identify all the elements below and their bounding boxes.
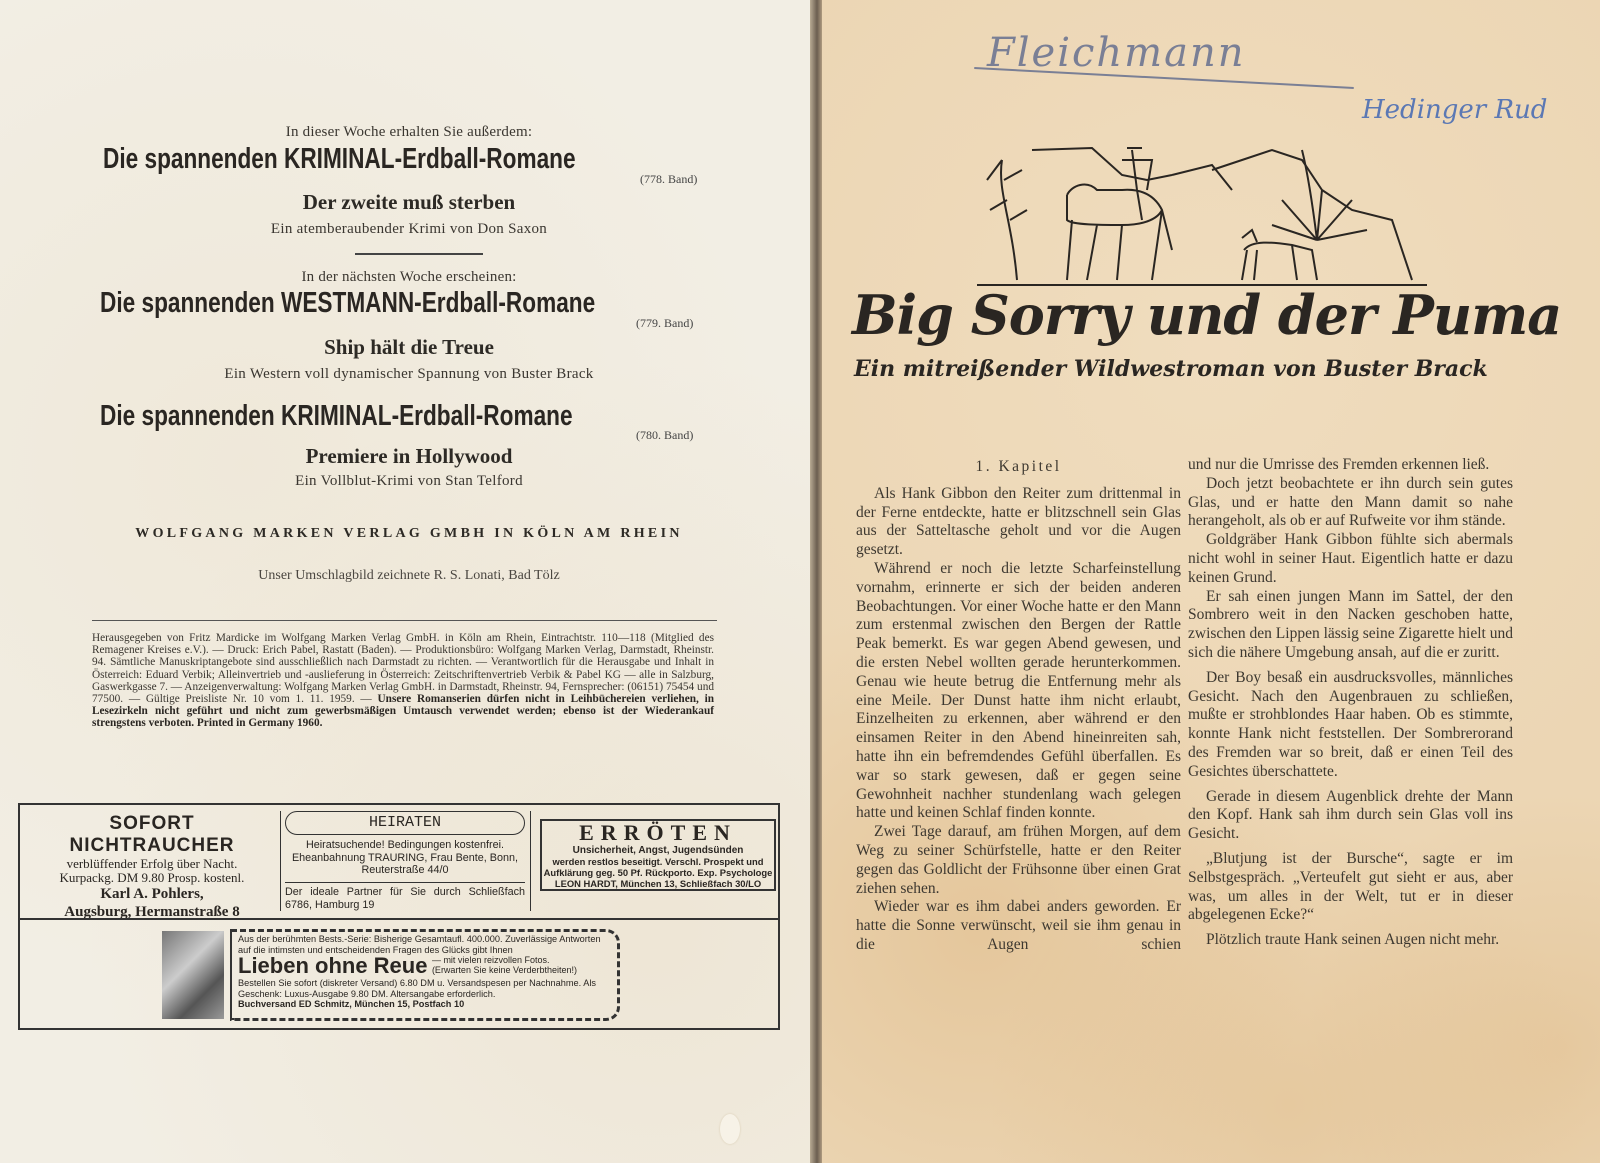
ad-nichtraucher-name: Karl A. Pohlers, [28,885,276,903]
ad-erroeten-line2: werden restlos beseitigt. Verschl. Prosp… [542,856,774,889]
ad-heiraten: HEIRATEN Heiratsuchende! Bedingungen kos… [285,811,525,911]
block3-title: Premiere in Hollywood [0,444,818,469]
ad-nichtraucher: SOFORT NICHTRAUCHER verblüffender Erfolg… [28,813,276,921]
story-subtitle: Ein mitreißender Wildwestroman von Buste… [854,356,1488,382]
ad-heiraten-headline: HEIRATEN [285,811,525,835]
paragraph: Der Boy besaß ein ausdrucksvolles, männl… [1188,669,1513,782]
block1-title: Der zweite muß sterben [0,190,818,215]
block2-subtitle: Ein Western voll dynamischer Spannung vo… [0,366,818,383]
ad-lieben-side: — mit vielen reizvollen Fotos. (Erwarten… [432,955,582,975]
ad-erroeten: ERRÖTEN Unsicherheit, Angst, Jugendsünde… [540,819,776,891]
ad-lieben-order: Bestellen Sie sofort (diskreter Versand)… [238,978,611,999]
right-page: Fleichmann Hedinger Rud Big Sorry und de… [822,0,1600,1163]
ad-erroeten-headline: ERRÖTEN [542,821,774,845]
imprint-rule [92,620,717,621]
block2-series: Die spannenden WESTMANN-Erdball-Romane [100,287,595,320]
ad-lieben-intro: Aus der berühmten Bests.-Serie: Bisherig… [238,934,611,955]
paragraph: Gerade in diesem Augenblick drehte der M… [1188,788,1513,844]
paragraph: „Blutjung ist der Bursche“, sagte er im … [1188,850,1513,925]
paragraph: Während er noch die letzte Scharfeinstel… [856,560,1181,823]
paragraph: Als Hank Gibbon den Reiter zum drittenma… [856,485,1181,560]
paragraph: Goldgräber Hank Gibbon fühlte sich aberm… [1188,531,1513,587]
ad-heiraten-text2: Der ideale Partner für Sie durch Schließ… [285,886,525,911]
ad-lieben-box: Aus der berühmten Bests.-Serie: Bisherig… [230,929,620,1021]
cover-credit: Unser Umschlagbild zeichnete R. S. Lonat… [0,568,818,584]
ad-nichtraucher-line1: verblüffender Erfolg über Nacht. [28,857,276,871]
publisher-line: WOLFGANG MARKEN VERLAG GMBH IN KÖLN AM R… [0,526,818,542]
paragraph: Er sah einen jungen Mann im Sattel, der … [1188,588,1513,663]
block1-series-line: Die spannenden KRIMINAL-Erdball-Romane [103,143,709,176]
ad-lieben-ohne-reue: Aus der berühmten Bests.-Serie: Bisherig… [162,929,622,1023]
block1-series: Die spannenden KRIMINAL-Erdball-Romane [103,143,576,176]
chapter-heading: 1. Kapitel [856,458,1181,477]
text-column-1: 1. Kapitel Als Hank Gibbon den Reiter zu… [856,456,1181,955]
ad-divider-horizontal [20,918,778,920]
paragraph: Zwei Tage darauf, am frühen Morgen, auf … [856,823,1181,898]
ad-heiraten-separator [285,882,525,884]
block1-band: (778. Band) [640,172,697,187]
ad-erroeten-line1: Unsicherheit, Angst, Jugendsünden [542,845,774,856]
imprint: Herausgegeben von Fritz Mardicke im Wolf… [92,632,714,730]
ad-divider [280,811,281,911]
ad-lieben-address: Buchversand ED Schmitz, München 15, Post… [238,999,611,1010]
story-title: Big Sorry und der Puma [852,283,1561,347]
paragraph: Doch jetzt beobachtete er ihn durch sein… [1188,475,1513,531]
ad-nichtraucher-line2: Kurpackg. DM 9.80 Prosp. kostenl. [28,871,276,885]
block1-intro: In dieser Woche erhalten Sie außerdem: [0,124,818,141]
block2-intro: In der nächsten Woche erscheinen: [0,269,818,286]
divider [355,253,483,255]
paragraph: Wieder war es ihm dabei anders geworden.… [856,898,1181,954]
block2-band: (779. Band) [636,316,693,331]
book-cover-photo [162,931,224,1019]
handwritten-name-2: Hedinger Rud [1362,95,1547,125]
block3-series: Die spannenden KRIMINAL-Erdball-Romane [100,400,573,433]
block2-title: Ship hält die Treue [0,335,818,360]
ad-nichtraucher-headline: SOFORT NICHTRAUCHER [28,813,276,857]
western-illustration [972,130,1432,290]
ad-lieben-title: Lieben ohne Reue [238,955,427,977]
paragraph: und nur die Umrisse des Fremden erkennen… [1188,456,1513,475]
text-column-2: und nur die Umrisse des Fremden erkennen… [1188,456,1513,950]
block3-series-line: Die spannenden KRIMINAL-Erdball-Romane [100,400,706,433]
paper-stain [720,1114,740,1144]
block3-subtitle: Ein Vollblut-Krimi von Stan Telford [0,473,818,490]
advertisements: SOFORT NICHTRAUCHER verblüffender Erfolg… [18,803,780,1030]
block1-subtitle: Ein atemberaubender Krimi von Don Saxon [0,221,818,238]
paragraph: Plötzlich traute Hank seinen Augen nicht… [1188,931,1513,950]
ad-heiraten-text1: Heiratsuchende! Bedingungen kostenfrei. … [285,839,525,877]
left-page: In dieser Woche erhalten Sie außerdem: D… [0,0,820,1163]
ad-divider [530,811,531,911]
block3-band: (780. Band) [636,428,693,443]
